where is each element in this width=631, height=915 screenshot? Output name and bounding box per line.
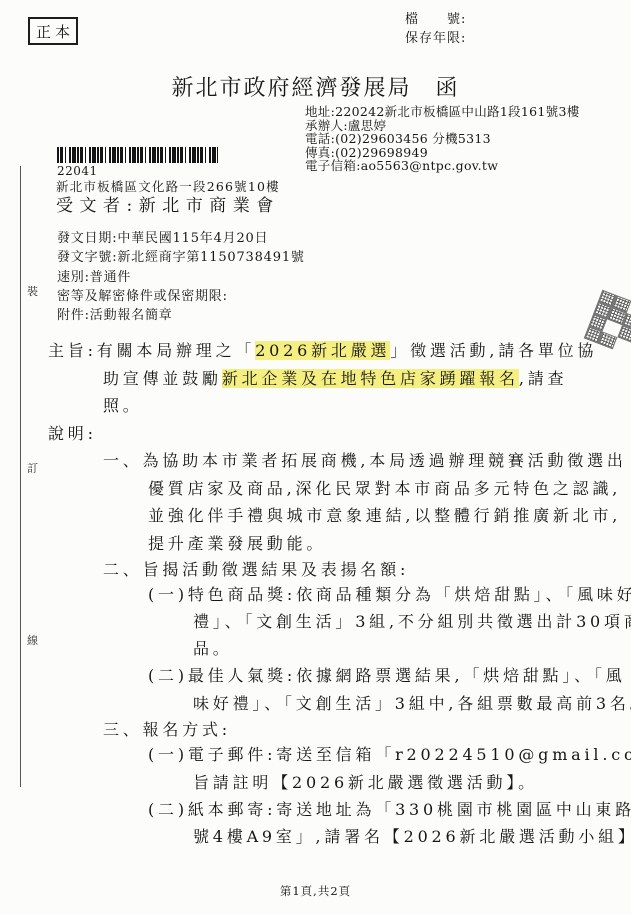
file-number-label: 檔 號: [405,10,466,29]
body-line: 味好禮」、「文創生活」3組中,各組票數最高前3名。 [193,691,631,714]
issue-date-line: 發文日期:中華民國115年4月20日 [57,229,305,248]
attachment-line: 附件:活動報名簡章 [57,306,305,325]
page-indicator: 第1頁,共2頁 [0,883,631,899]
body-line: 三、報名方式: [103,717,231,740]
highlighted-text: 新北企業及在地特色店家踴躍報名 [222,369,519,388]
copy-type-box: 正本 [28,17,78,45]
body-line: 並強化伴手禮與城市意象連結,以整體行銷推廣新北市, [148,503,621,526]
sender-contact-block: 地址:220242新北市板橋區中山路1段161號3樓 承辦人:盧思婷 電話:(0… [305,105,580,173]
subject-line-1: 主旨:有關本局辦理之「2026新北嚴選」徵選活動,請各單位協 [48,338,597,361]
subject-text: 助宣傳並鼓勵 [103,369,222,388]
document-meta-block: 發文日期:中華民國115年4月20日 發文字號:新北經商字第1150738491… [57,229,305,325]
body-line: (二)紙本郵寄:寄送地址為「330桃園市桃園區中山東路21 [148,797,631,820]
doc-number-line: 發文字號:新北經商字第1150738491號 [57,248,305,267]
copy-type-label: 正本 [36,21,74,42]
sender-address: 地址:220242新北市板橋區中山路1段161號3樓 [305,105,580,119]
highlighted-text: 2026新北嚴選 [255,341,390,360]
subject-text: 主旨:有關本局辦理之「 [48,341,255,360]
body-line: (一)電子郵件:寄送至信箱「r20224510@gmail.com」,主 [148,742,631,765]
security-class-line: 密等及解密條件或保密期限: [57,287,305,306]
stamp-cell [614,338,630,353]
body-line: (二)最佳人氣獎:依據網路票選結果,「烘焙甜點」、「風 [148,663,626,686]
subject-text: ,請查 [519,369,568,388]
sender-email: 電子信箱:ao5563@ntpc.gov.tw [305,159,580,173]
sender-phone: 電話:(02)29603456 分機5313 [305,132,580,146]
stamp-cell [585,327,601,342]
mail-barcode-icon [57,147,218,163]
retention-period-label: 保存年限: [405,29,466,48]
speed-class-line: 速別:普通件 [57,268,305,287]
stamp-cell [599,333,615,348]
subject-line-2: 助宣傳並鼓勵新北企業及在地特色店家踴躍報名,請查 [103,366,567,389]
document-title: 新北市政府經濟發展局 函 [0,71,631,102]
body-line: 說明: [48,421,97,444]
body-line: 品。 [193,636,233,659]
recipient-name-line: 受文者:新北市商業會 [56,191,280,216]
file-number-block: 檔 號: 保存年限: [405,10,466,48]
binding-line [20,166,21,787]
body-line: 一、為協助本市業者拓展商機,本局透過辦理競賽活動徵選出 [103,448,627,471]
recipient-postal-code: 22041 [57,164,98,178]
body-line: 優質店家及商品,深化民眾對本市商品多元特色之認識, [148,476,621,499]
body-line: 旨請註明【2026新北嚴選徵選活動】。 [193,770,538,793]
sender-fax: 傳真:(02)29698949 [305,146,580,160]
body-line: 二、旨揭活動徵選結果及表揚名額: [103,557,409,580]
subject-line-3: 照。 [103,393,143,416]
subject-text: 」徵選活動,請各單位協 [390,341,597,360]
binding-mark-xian: 線 [27,632,38,648]
binding-mark-ding: 訂 [27,460,38,476]
sender-contact-person: 承辦人:盧思婷 [305,119,580,133]
scanned-official-letter-page: 正本 檔 號: 保存年限: 新北市政府經濟發展局 函 地址:220242新北市板… [0,0,631,915]
body-line: (一)特色商品獎:依商品種類分為「烘焙甜點」、「風味好 [148,582,631,605]
body-line: 提升產業發展動能。 [148,531,326,554]
body-line: 號4樓A9室」,請署名【2026新北嚴選活動小組】收。 [193,824,631,847]
body-line: 禮」、「文創生活」3組,不分組別共徵選出計30項商 [193,609,631,632]
binding-mark-zhuang: 裝 [27,283,38,299]
